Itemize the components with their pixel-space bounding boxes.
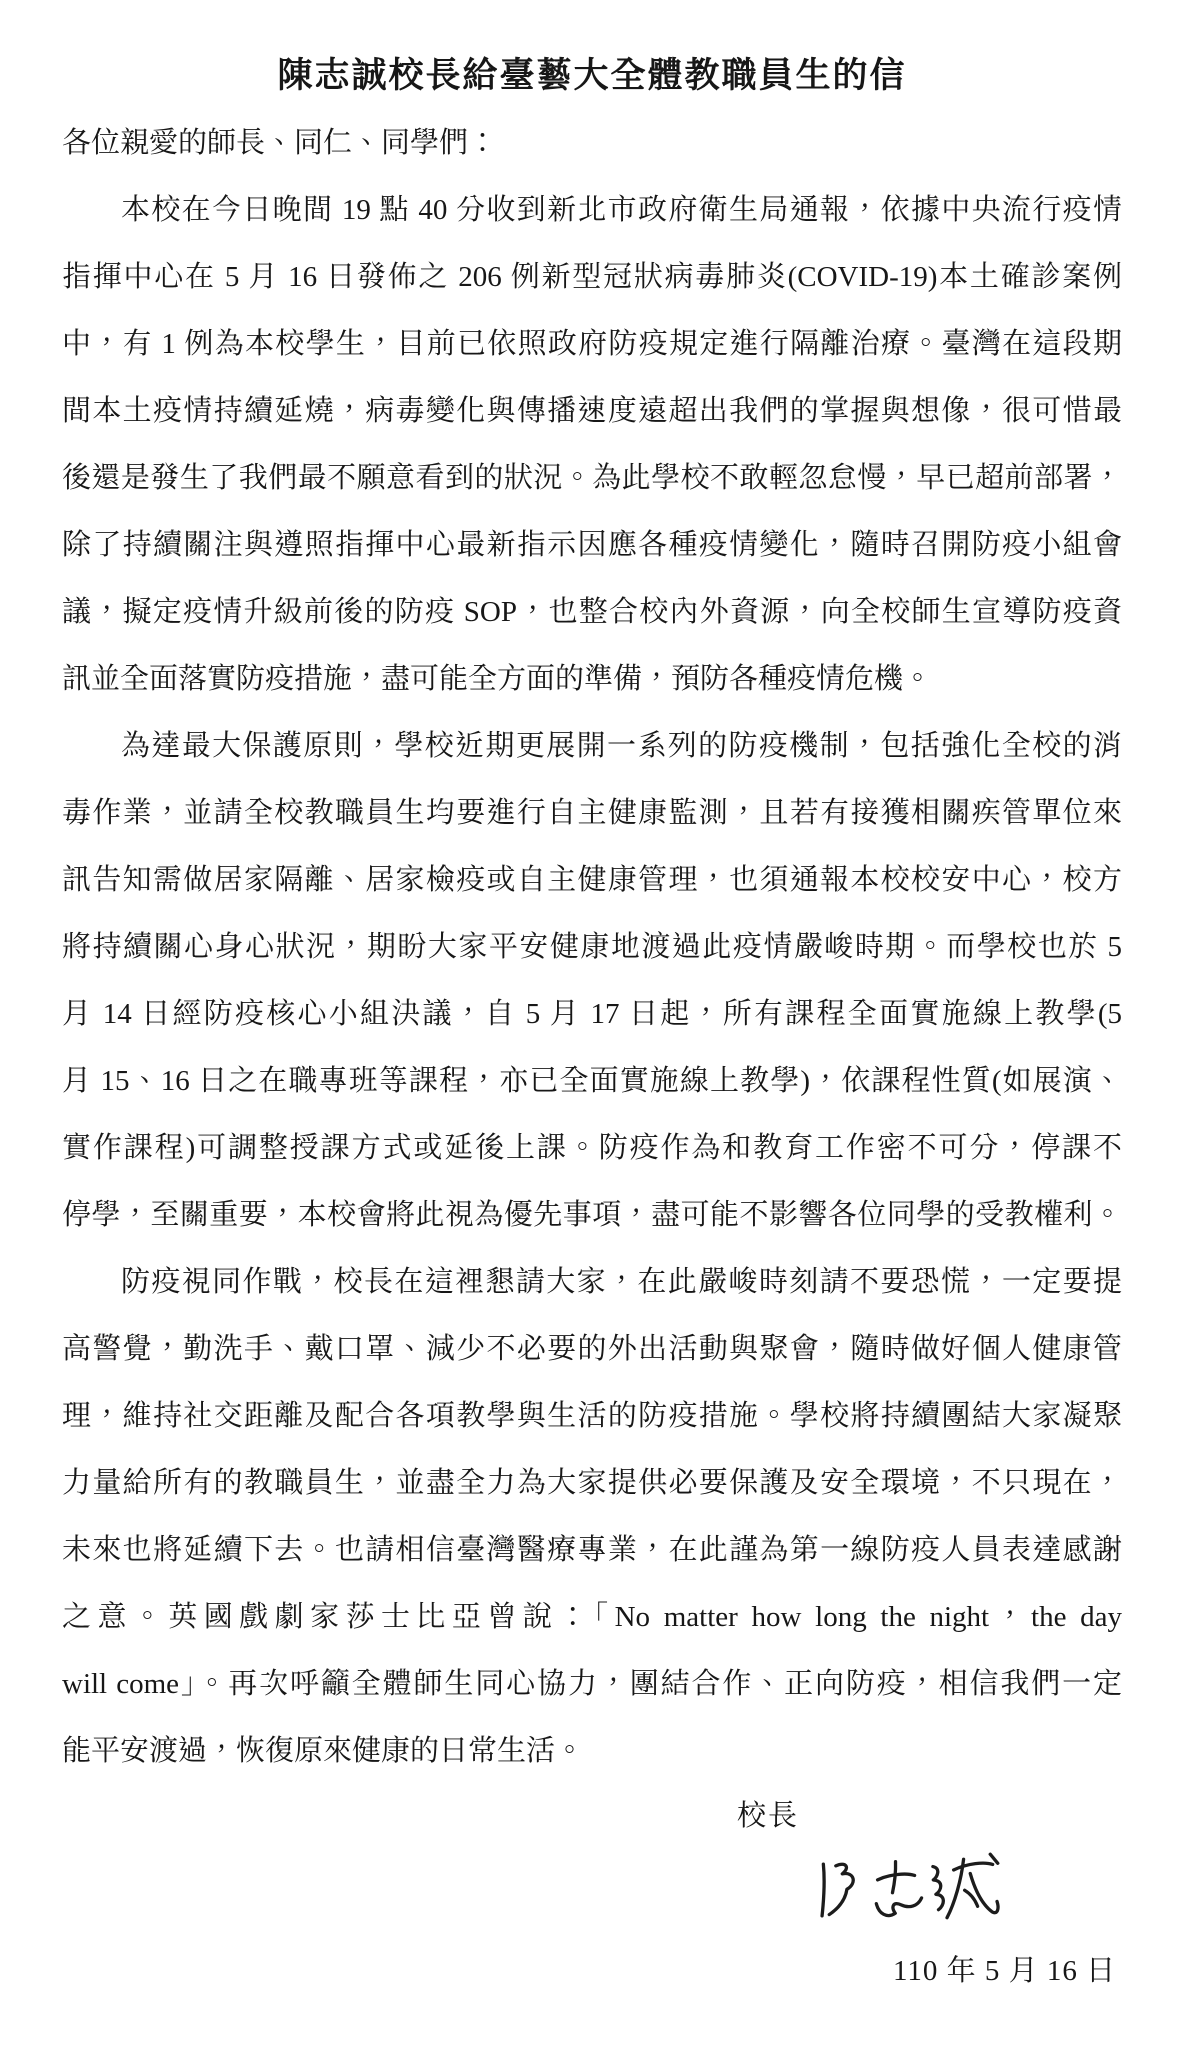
letter-title: 陳志誠校長給臺藝大全體教職員生的信: [62, 50, 1122, 102]
body-line: will come」。再次呼籲全體師生同心協力，團結合作、正向防疫，相信我們一定: [62, 1651, 1122, 1718]
body-line: 指揮中心在 5 月 16 日發佈之 206 例新型冠狀病毒肺炎(COVID-19…: [62, 244, 1122, 311]
body-line: 本校在今日晚間 19 點 40 分收到新北市政府衛生局通報，依據中央流行疫情: [62, 177, 1122, 244]
body-line: 理，維持社交距離及配合各項教學與生活的防疫措施。學校將持續團結大家凝聚: [62, 1383, 1122, 1450]
body-line: 毒作業，並請全校教職員生均要進行自主健康監測，且若有接獲相關疾管單位來: [62, 780, 1122, 847]
body-line: 月 15、16 日之在職專班等課程，亦已全面實施線上教學)，依課程性質(如展演、: [62, 1048, 1122, 1115]
body-line: 為達最大保護原則，學校近期更展開一系列的防疫機制，包括強化全校的消: [62, 713, 1122, 780]
president-signature: 陳志誠: [813, 1848, 1012, 1933]
body-line: 將持續關心身心狀況，期盼大家平安健康地渡過此疫情嚴峻時期。而學校也於 5: [62, 914, 1122, 981]
letter-body: 各位親愛的師長、同仁、同學們： 本校在今日晚間 19 點 40 分收到新北市政府…: [62, 110, 1122, 1785]
salutation: 各位親愛的師長、同仁、同學們：: [62, 110, 1122, 177]
body-line: 除了持續關注與遵照指揮中心最新指示因應各種疫情變化，隨時召開防疫小組會: [62, 512, 1122, 579]
body-line: 之意。英國戲劇家莎士比亞曾說：「No matter how long the n…: [62, 1584, 1122, 1651]
body-line: 高警覺，勤洗手、戴口罩、減少不必要的外出活動與聚會，隨時做好個人健康管: [62, 1316, 1122, 1383]
body-line: 力量給所有的教職員生，並盡全力為大家提供必要保護及安全環境，不只現在，: [62, 1450, 1122, 1517]
closing-block: 校長 陳志誠 110 年 5 月 16 日: [62, 1785, 1122, 1991]
body-line: 能平安渡過，恢復原來健康的日常生活。: [62, 1718, 1122, 1785]
body-line: 後還是發生了我們最不願意看到的狀況。為此學校不敢輕忽怠慢，早已超前部署，: [62, 445, 1122, 512]
body-line: 未來也將延續下去。也請相信臺灣醫療專業，在此謹為第一線防疫人員表達感謝: [62, 1517, 1122, 1584]
closing-role-label: 校長: [737, 1785, 1122, 1847]
body-line: 議，擬定疫情升級前後的防疫 SOP，也整合校內外資源，向全校師生宣導防疫資: [62, 579, 1122, 646]
body-line: 停學，至關重要，本校會將此視為優先事項，盡可能不影響各位同學的受教權利。: [62, 1182, 1122, 1249]
letter-page: 陳志誠校長給臺藝大全體教職員生的信 各位親愛的師長、同仁、同學們： 本校在今日晚…: [0, 0, 1181, 2048]
body-line: 中，有 1 例為本校學生，目前已依照政府防疫規定進行隔離治療。臺灣在這段期: [62, 311, 1122, 378]
body-line: 實作課程)可調整授課方式或延後上課。防疫作為和教育工作密不可分，停課不: [62, 1115, 1122, 1182]
letter-date: 110 年 5 月 16 日: [893, 1951, 1122, 1991]
body-line: 訊告知需做居家隔離、居家檢疫或自主健康管理，也須通報本校校安中心，校方: [62, 847, 1122, 914]
signature-handwriting-icon: 陳志誠: [813, 1848, 1012, 1933]
body-line: 間本土疫情持續延燒，病毒變化與傳播速度遠超出我們的掌握與想像，很可惜最: [62, 378, 1122, 445]
body-line: 防疫視同作戰，校長在這裡懇請大家，在此嚴峻時刻請不要恐慌，一定要提: [62, 1249, 1122, 1316]
body-line: 訊並全面落實防疫措施，盡可能全方面的準備，預防各種疫情危機。: [62, 646, 1122, 713]
body-line: 月 14 日經防疫核心小組決議，自 5 月 17 日起，所有課程全面實施線上教學…: [62, 981, 1122, 1048]
